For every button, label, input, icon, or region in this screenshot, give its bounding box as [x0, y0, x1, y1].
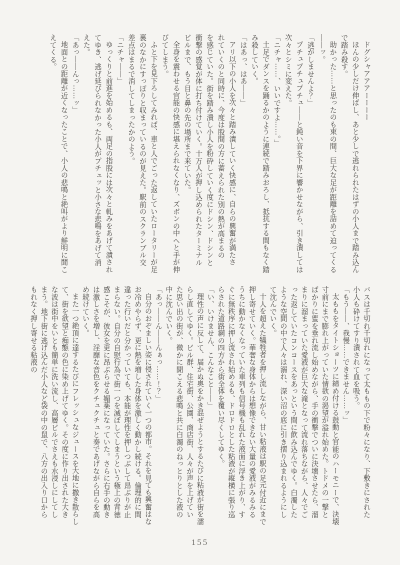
text-line: 「ニチャ――」 — [114, 34, 125, 272]
text-line: 中に沈んでいく。 — [164, 286, 174, 534]
text-line: て沈んでいく。 — [268, 286, 278, 534]
text-line: 感こそが、彼女を更に昂ぶらせる媚薬になっていた。さらに右手の動き — [101, 286, 111, 534]
text-line: バスは千切れ千切れになって太ももの下で粉々になり、下敷きにされた — [362, 286, 372, 534]
text-line: 寸前にまで膨れ上がっていた情欲の渇望が溢れ始めた。トドメの一撃と — [320, 286, 330, 534]
text-line: ほんの少しだけ伸ばし、あと少しで逃れられたはずの小人まで踏み込ん — [350, 34, 361, 272]
text-line: ぐに無秩序に押し流され始めるも、ドロドロとした粘液が縦横に張り巡 — [226, 286, 236, 534]
text-line: め続けていく。 — [81, 286, 91, 534]
text-line: ばかりに蜜を垂れ流し始めながら、手の衝撃でついに決壊させたら、溜 — [310, 286, 320, 534]
text-line: 「あっ――んっ……ッ」 — [70, 34, 81, 272]
text-line: うちに動かなくなっていた車列も信号機も乱れた液面に浮き上がり、す — [237, 286, 247, 534]
text-line: な波は街中をいとも簡単に洗い流し、高層ビルでさえも水浸しにしてし — [49, 286, 59, 534]
text-line: で踏み殺す。 — [338, 34, 349, 272]
text-line: 差点はまるで消してしまったかのよう。 — [126, 34, 137, 272]
text-line: った返していたコンコースをあっという間に飲み込んでゆく。白濁した — [289, 286, 299, 534]
text-line: 自分のおぞましい姿に侵されていく一つの都市。それを見ても興奮はな — [143, 286, 153, 534]
text-line: れていくのと同時に、今度は股間の方に蓄えられた別の熱が高まるの — [215, 34, 226, 272]
text-line: 「はあっ、はあ――」 — [238, 34, 249, 272]
text-line: らされた道路網の四方から街全体を覆い尽くしてゆく。 — [216, 286, 226, 534]
text-line: 土足でダンスを踊るかのように連続で踏みおろし、抵抗する間もなく踏 — [260, 34, 271, 272]
text-line: お冷めやらず、更に熱を増した身体を激しく動かし続ける。倫理的に間 — [133, 286, 143, 534]
text-line: 衝撃の感覚が体に打ち付けていく。十万人が押し込められたターミナル — [193, 34, 204, 272]
text-line: 次々とシミに変えた。 — [282, 34, 293, 272]
text-line: て、街を欲望と痴態の色に染め上げてゆく。その度に作り出された大き — [60, 286, 70, 534]
text-line: 「あっ――ん――んぁっ……！？」 — [153, 286, 163, 534]
text-line: 違った行いだと分かっていても、本能が理性を押しつぶして昂ぶりが止 — [122, 286, 132, 534]
text-line: プチュプチュプチュ――と鈍い音を下界に響かせながら、引き潰しては — [294, 34, 305, 272]
text-line: ような空間の中で人々は溺れ、深い沼の底に引き摺り込まれるようにし — [278, 286, 288, 534]
text-line: まらない。自分の自慰行為で街一つを滅ぼしてしまうという極上の背徳 — [112, 286, 122, 534]
text-line: ――ッ。 — [316, 34, 327, 272]
text-line: 裏のなかにすっぽりと収まっているのが見えた。駅前のスクランブル交 — [137, 34, 148, 272]
text-line: アリ以下の小人を次々と踏み潰していく快感に、自らの興奮が満たさ — [226, 34, 237, 272]
text-line: また一つ絶頂に達するたびにフレッシュなジュースを大地に撒き散らし — [70, 286, 80, 534]
text-line: ビルまで、もう目と鼻の先の場所まで来ていた。 — [182, 34, 193, 272]
text-line: 押し寄せていく。華奢な身体からは想像できない大量の愛液がみるみる — [247, 286, 257, 534]
text-line: もれなく押し寄せる粘液の — [29, 286, 39, 534]
text-line: 「逃がしませんよ？」 — [305, 34, 316, 272]
text-line: み殺していく。 — [249, 34, 260, 272]
text-line: は激しさを増し、淫靡な音色をクチュクチュと奏であげながら自らを高 — [91, 286, 101, 534]
text-line: えた。 — [81, 34, 92, 272]
text-line: 「もう――、我慢……できません……ッ」 — [341, 286, 351, 534]
text-line: ドグシャアアアーーーー — [361, 34, 372, 272]
text-line: 太ももをタイトショーツに締め付ける鼓動と官能のハーモニーで、決壊 — [330, 286, 340, 534]
text-line: 地面との距離が近くなったことで、小人の悲鳴と絶叫がより鮮明に聞こ — [58, 34, 69, 272]
text-line: 助かった……と思ったのも束の間、巨大な足が距離を詰めて迫ってくる — [327, 34, 338, 272]
text-line: ふと下を見下ろしてみれば、車と人でごった返していたロータリーが足 — [148, 34, 159, 272]
text-line: 「ニチャ……、いいですよ……。」 — [271, 34, 282, 272]
text-band-lower: バスは千切れ千切れになって太ももの下で粉々になり、下敷きにされた小人も砕けてすり… — [29, 286, 372, 534]
text-line: まう。地下街に逃げ込んだ小人など袋の中の鼠で、八方の出入り口から — [39, 286, 49, 534]
text-line: てゆき、逃げ延びられなかった小人がプチュッと小さな悲鳴をあげて消 — [92, 34, 103, 272]
book-page: ドグシャアアアーーーーほんの少しだけ伸ばし、あと少しで逃れられたはずの小人まで踏… — [0, 0, 400, 565]
text-line: らし直してゆく。ビル群、住宅街、公園、商店街、人々が声を上げてい — [185, 286, 195, 534]
page-number: 155 — [0, 537, 400, 547]
text-line: た思い出の街が、微かに聞こえる悲鳴と共に白濁のねっとりとした液の — [174, 286, 184, 534]
text-line: まりに溜まっていた愛液が巨大な滝となって流れ落ちながら、人々でご — [299, 286, 309, 534]
text-line: 「い、いけません、こんなこと――」 — [206, 286, 216, 534]
text-line: を感じていた。街を踏み潰し小人を粉砕していく度にドシン、ドシンと — [204, 34, 215, 272]
text-line: 理性の声に反して、届かぬ奥をかき混ぜようとするたびに粘液が街を濡 — [195, 286, 205, 534]
text-line: ゆっくりと前進を始めるも、両足の指股には次々と軋みをあげて潰され — [103, 34, 114, 272]
text-line: 全身を震わせる官能の快感に堪えられなくなり、ズボンの中へと手が伸 — [170, 34, 181, 272]
text-line: 十人を超えた犠牲者を押し流しながら、甘い粘液は駅の足元付近にまで — [258, 286, 268, 534]
text-line: 小人も砕けてすり潰されて血を吸う。 — [351, 286, 361, 534]
text-line: びてしまう。 — [159, 34, 170, 272]
text-band-upper: ドグシャアアアーーーーほんの少しだけ伸ばし、あと少しで逃れられたはずの小人まで踏… — [47, 34, 372, 272]
text-line: えてくる。 — [47, 34, 58, 272]
